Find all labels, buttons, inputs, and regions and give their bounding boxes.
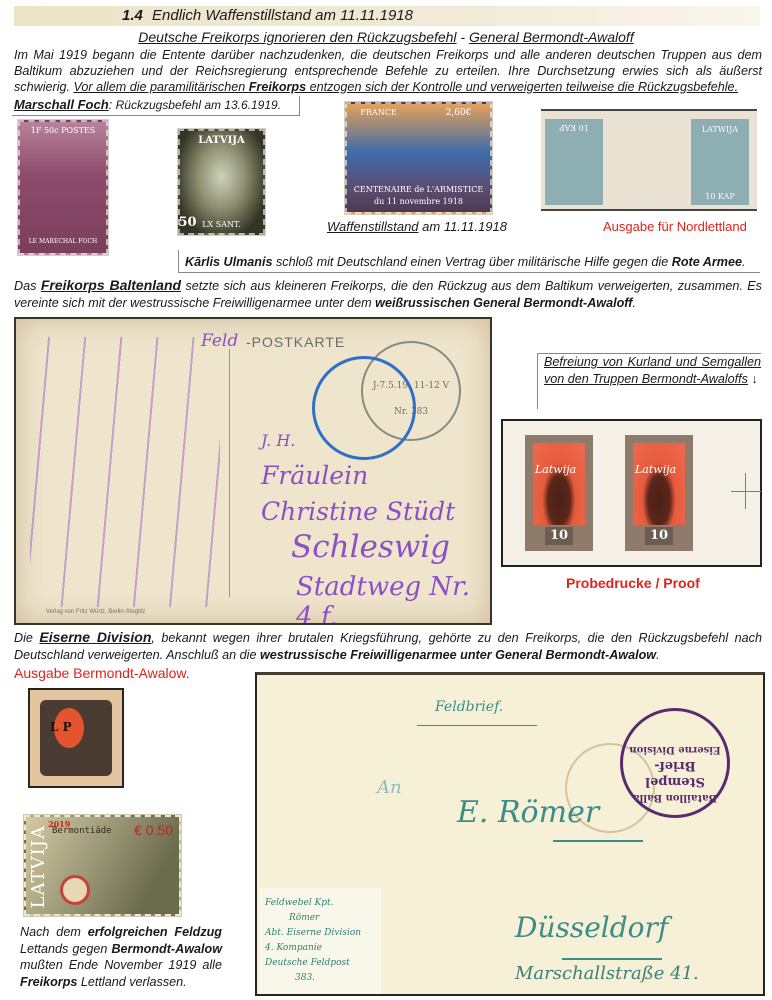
ulmanis-red-army: Rote Armee [672, 255, 742, 269]
stamp-bermontiade-2019: LATVIJA 2019 Bermontiāde € 0.50 [24, 815, 181, 916]
baltenland-highlight: Freikorps Baltenland [41, 277, 181, 293]
envelope-underline [553, 840, 643, 842]
postcard-divider [229, 349, 230, 597]
sender-line: 4. Kompanie [265, 941, 361, 956]
baltenland-bold: weißrussischen General Bermondt-Awaloff [375, 296, 632, 310]
postcard-addr-city: Schleswig [291, 529, 450, 565]
foch-name: Marschall Foch [14, 97, 109, 112]
envelope-underline [417, 725, 537, 726]
bermontiade-country: LATVIJA [28, 825, 49, 908]
armistice-stamp-value: 2,60€ [387, 108, 530, 118]
page-subtitle: Deutsche Freikorps ignorieren den Rückzu… [0, 29, 772, 45]
down-arrow-icon: ↓ [748, 372, 758, 386]
ulmanis-stamp-value: 50 [146, 215, 229, 230]
envelope-sender-note: Feldwebel Kpt. Römer Abt. Eiserne Divisi… [259, 888, 381, 994]
stamp-line-stempel: Stempel [623, 773, 727, 789]
eiserne-end: . [656, 648, 660, 662]
eiserne-bold: westrussische Freiwilligenarmee unter Ge… [260, 648, 656, 662]
nordlett-stamp-upright: LATWIJA 10 KAP [691, 119, 749, 205]
kurland-caption: Befreiung von Kurland und Semgallen von … [537, 353, 761, 409]
nach-bold-3: Freikorps [20, 975, 77, 989]
armistice-stamp-line2: du 11 novembre 1918 [347, 197, 490, 206]
eiserne-division-paragraph: Die Eiserne Division, bekannt wegen ihre… [14, 629, 762, 664]
bermontiade-value: € 0.50 [134, 822, 173, 838]
intro-underlined: Vor allem die paramilitärischen Freikorp… [74, 80, 739, 94]
caption-proof: Probedrucke / Proof [566, 575, 700, 591]
stamp-armistice-centenary: FRANCE 2,60€ CENTENAIRE de L'ARMISTICE d… [345, 102, 492, 214]
postcard-publisher: Verlag von Fritz Würtz, Berlin-Steglitz [46, 609, 145, 615]
foch-caption: Marschall Foch: Rückzugsbefehl am 13.6.1… [12, 96, 300, 116]
envelope-an: An [377, 777, 402, 798]
envelope-street: Marschallstraße 41. [515, 963, 699, 984]
caption-armistice: Waffenstillstand am 11.11.1918 [327, 219, 507, 234]
baltenland-text-1: Das [14, 279, 41, 293]
stamp-ulmanis: LATVIJA LX SANT. 50 [178, 129, 265, 235]
envelope-city: Düsseldorf [515, 911, 668, 944]
proof-stamp-image [633, 443, 685, 525]
baltenland-paragraph: Das Freikorps Baltenland setzte sich aus… [14, 277, 762, 312]
nordlett-country: LATWIJA [691, 125, 749, 134]
postcard-addr-line2: Fräulein [261, 461, 368, 490]
armistice-stamp-line1: CENTENAIRE de L'ARMISTICE [347, 185, 490, 194]
kurland-text: Befreiung von Kurland und Semgallen von … [544, 355, 761, 386]
register-mark-line [731, 491, 761, 492]
feldpost-envelope: Feldbrief. Bataillon Balla Stempel Brief… [255, 672, 765, 996]
caption-waffenstillstand: Waffenstillstand [327, 219, 419, 234]
proof-value: 10 [645, 527, 673, 545]
bermontiade-name: Bermontiāde [52, 826, 112, 836]
nach-bold-2: Bermondt-Awalow [111, 942, 222, 956]
lacplesis-emblem-icon [60, 875, 90, 905]
postcard-message-writing [30, 337, 220, 607]
stamp-line-bataillon: Bataillon Balla [623, 789, 727, 805]
baltenland-end: . [632, 296, 636, 310]
intro-text-2: Vor allem die paramilitärischen [74, 80, 249, 94]
ulmanis-stamp-country: LATVIJA [180, 135, 263, 146]
sender-lines: Feldwebel Kpt. Römer Abt. Eiserne Divisi… [265, 896, 361, 986]
proof-stamp-pair: Latwija 10 Latwija 10 [501, 419, 762, 567]
foch-stamp-legend: LE MARECHAL FOCH [20, 238, 106, 245]
stamp-marshal-foch: 1F 50c POSTES LE MARECHAL FOCH [18, 120, 108, 255]
nach-text-4: Lettland verlassen. [77, 975, 186, 989]
proof-country: Latwija [535, 463, 576, 476]
postcard-addr-line3: Christine Stüdt [261, 497, 455, 526]
subtitle-general: General Bermondt-Awaloff [469, 29, 634, 45]
sender-line: Abt. Eiserne Division [265, 926, 361, 941]
nordlett-value-inverted: 10 KAP [545, 123, 603, 132]
subtitle-freikorps: Deutsche Freikorps ignorieren den Rückzu… [138, 29, 456, 45]
envelope-underline [562, 958, 662, 960]
caption-bermondt-issue: Ausgabe Bermondt-Awalow. [14, 665, 190, 681]
ulmanis-text: schloß mit Deutschland einen Vertrag übe… [273, 255, 672, 269]
proof-country: Latwija [635, 463, 676, 476]
foch-stamp-value: 1F 50c POSTES [20, 126, 106, 135]
nach-text-3: mußten Ende November 1919 alle [20, 958, 222, 972]
stamp-line-brief: Brief- [623, 757, 727, 773]
feldpost-postcard: Feld -POSTKARTE J-7.5.19. 11-12 V Nr. 38… [14, 317, 492, 625]
caption-nordlettland: Ausgabe für Nordlettland [603, 219, 747, 234]
nordlett-value: 10 KAP [691, 192, 749, 201]
proof-stamp-image [533, 443, 585, 525]
stamp-pair-nordlettland: 10 KAP LATWIJA 10 KAP [541, 109, 757, 211]
purple-stamp-text: Bataillon Balla Stempel Brief- Eiserne D… [623, 741, 727, 805]
eiserne-text-1: Die [14, 631, 39, 645]
ulmanis-name: Kārlis Ulmanis [185, 255, 273, 269]
sender-line: 383. [265, 971, 361, 986]
nach-text-2: Lettands gegen [20, 942, 111, 956]
ulmanis-end: . [742, 255, 746, 269]
intro-text-3: entzogen sich der Kontrolle und verweige… [306, 80, 738, 94]
sender-line: Feldwebel Kpt. [265, 896, 361, 911]
ulmanis-caption: Kārlis Ulmanis schloß mit Deutschland ei… [178, 250, 760, 273]
foch-text: Rückzugsbefehl am 13.6.1919. [112, 98, 281, 112]
awalow-overprint: L P [50, 720, 72, 734]
postcard-addr-line1: J. H. [261, 431, 295, 450]
intro-bold: Freikorps [249, 80, 306, 94]
nach-paragraph: Nach dem erfolgreichen Feldzug Lettands … [20, 924, 222, 990]
section-title: Endlich Waffenstillstand am 11.11.1918 [152, 7, 413, 24]
postcard-addr-street: Stadtweg Nr. 4 f. [296, 572, 490, 625]
nach-text-1: Nach dem [20, 925, 88, 939]
eiserne-highlight: Eiserne Division [39, 629, 151, 645]
proof-value: 10 [545, 527, 573, 545]
intro-paragraph: Im Mai 1919 begann die Entente darüber n… [14, 48, 762, 95]
nordlett-stamp-inverted: 10 KAP [545, 119, 603, 205]
proof-stamp-right: Latwija 10 [625, 435, 693, 551]
sender-line: Deutsche Feldpost [265, 956, 361, 971]
stamp-line-division: Eiserne Division [623, 741, 727, 757]
postcard-feld: Feld [201, 331, 238, 351]
envelope-feldbrief: Feldbrief. [435, 699, 503, 715]
stamp-bermondt-awalow: L P [28, 688, 124, 788]
sender-line: Römer [265, 911, 361, 926]
subtitle-separator: - [457, 29, 469, 45]
section-number: 1.4 [122, 7, 143, 24]
proof-stamp-left: Latwija 10 [525, 435, 593, 551]
caption-waffen-date: am 11.11.1918 [419, 219, 507, 234]
postcard-postkarte-label: -POSTKARTE [246, 334, 345, 350]
nach-bold-1: erfolgreichen Feldzug [88, 925, 222, 939]
postcard-blue-briefstempel [312, 356, 416, 460]
envelope-recipient: E. Römer [457, 795, 599, 830]
envelope-purple-briefstempel: Bataillon Balla Stempel Brief- Eiserne D… [620, 708, 730, 818]
